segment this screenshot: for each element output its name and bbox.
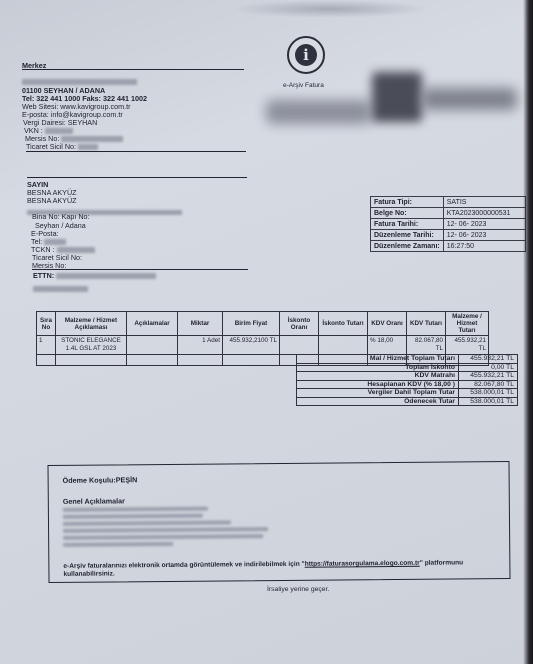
item-cell-discount-amount [319,336,368,355]
gib-logo-icon: i [287,36,325,74]
info-value: 12- 06- 2023 [443,230,525,241]
empty-cell [127,355,178,366]
info-value: 16:27:50 [443,241,525,252]
column-header: Malzeme / Hizmet Tutarı [446,312,489,336]
item-cell-vat-rate: % 18,00 [368,336,407,355]
redacted-brand-emblem [372,72,422,122]
totals-value: 538.000,01 TL [459,389,518,398]
invoice-page: i e-Arşiv Fatura Merkez 01100 SEYHAN / A… [0,0,526,664]
item-cell-description: STONIC ELEGANCE 1.4L GSL AT 2023 [56,336,127,355]
item-row: 1STONIC ELEGANCE 1.4L GSL AT 20231 Adet4… [37,336,489,355]
totals-label: Toplam İskonto [297,363,459,372]
totals-row: Toplam İskonto0,00 TL [297,363,518,372]
invoice-info-row: Fatura Tarihi:12- 06- 2023 [371,219,526,230]
info-label: Düzenleme Tarihi: [371,230,444,241]
redacted-brand-name [422,88,517,110]
waybill-note: İrsaliye yerine geçer. [267,585,329,594]
item-cell-unit-price: 455.932,2100 TL [223,336,280,355]
footer-text: e-Arşiv faturalarınızı elektronik ortamd… [63,561,304,570]
item-cell-quantity: 1 Adet [178,336,223,355]
redacted-brand-logo [266,100,371,124]
info-value: KTA2023000000531 [443,208,525,219]
column-header: İskonto Oranı [280,312,319,336]
info-label: Belge No: [371,208,444,219]
totals-row: Mal / Hizmet Toplam Tutarı455.932,21 TL [297,355,518,364]
notes-box: Ödeme Koşulu:PEŞİN Genel Açıklamalar e-A… [47,461,510,583]
item-cell-line-total: 455.932,21 TL [446,336,489,355]
totals-value: 0,00 TL [459,363,518,372]
totals-row: Hesaplanan KDV (% 18,00 )82.067,80 TL [297,380,518,389]
buyer-ettn-label: ETTN: [33,271,54,280]
totals-label: Mal / Hizmet Toplam Tutarı [297,355,459,364]
footer-notice-line2: kullanabilirsiniz. [63,569,114,578]
column-header: Birim Fiyat [223,312,280,336]
totals-value: 538.000,01 TL [459,397,518,406]
totals-value: 455.932,21 TL [459,355,518,364]
column-header: İskonto Tutarı [319,312,368,336]
totals-table: Mal / Hizmet Toplam Tutarı455.932,21 TLT… [296,354,518,406]
buyer-ettn: ETTN: [33,271,156,280]
document-type-label: e-Arşiv Fatura [283,81,324,90]
seller-trade-registry: Ticaret Sicil No: [26,142,98,151]
info-label: Düzenleme Zamanı: [371,241,444,252]
column-header: Miktar [178,312,223,336]
payment-condition: Ödeme Koşulu:PEŞİN [63,475,138,485]
empty-cell [178,355,223,366]
invoice-info-row: Düzenleme Tarihi:12- 06- 2023 [371,230,526,241]
totals-label: KDV Matrahı [297,372,459,381]
info-label: Fatura Tarihi: [371,219,444,230]
totals-value: 82.067,80 TL [459,380,518,389]
empty-cell [37,355,56,366]
totals-row: Vergiler Dahil Toplam Tutar538.000,01 TL [297,389,518,398]
column-header: Malzeme / Hizmet Açıklaması [56,312,127,336]
invoice-info-row: Belge No:KTA2023000000531 [371,208,526,219]
seller-trade-registry-label: Ticaret Sicil No: [26,142,76,151]
column-header: Sıra No [37,312,56,336]
invoice-info-table: Fatura Tipi:SATISBelge No:KTA20230000005… [370,196,526,252]
column-header: KDV Oranı [368,312,407,336]
info-value: 12- 06- 2023 [443,219,525,230]
footer-text-after: " platformunu [420,559,463,566]
totals-label: Vergiler Dahil Toplam Tutar [297,389,459,398]
totals-row: Ödenecek Tutar538.000,01 TL [297,397,518,406]
item-cell-no: 1 [37,336,56,355]
totals-value: 455.932,21 TL [459,372,518,381]
page-shadow [230,0,430,18]
divider [27,177,247,178]
info-value: SATIS [443,197,525,208]
invoice-info-row: Düzenleme Zamanı:16:27:50 [371,241,526,252]
buyer-ettn-value-redacted [33,280,88,298]
divider [22,69,244,70]
buyer-building: Bina No: Kapı No: [32,212,90,221]
column-header: Açıklamalar [127,312,178,336]
e-archive-portal-link[interactable]: https://faturasorgulama.elogo.com.tr [305,560,420,568]
empty-cell [223,355,280,366]
totals-row: KDV Matrahı455.932,21 TL [297,372,518,381]
footer-notice: e-Arşiv faturalarınızı elektronik ortamd… [63,558,463,570]
table-edge-background [523,0,533,664]
totals-label: Ödenecek Tutar [297,397,459,406]
item-cell-discount-rate [280,336,319,355]
totals-label: Hesaplanan KDV (% 18,00 ) [297,380,459,389]
item-cell-vat-amount: 82.067,80 TL [407,336,446,355]
invoice-info-row: Fatura Tipi:SATIS [371,197,526,208]
divider [26,151,246,152]
empty-cell [56,355,127,366]
info-label: Fatura Tipi: [371,197,444,208]
column-header: KDV Tutarı [407,312,446,336]
general-notes-redacted [63,504,268,548]
item-cell-notes [127,336,178,355]
